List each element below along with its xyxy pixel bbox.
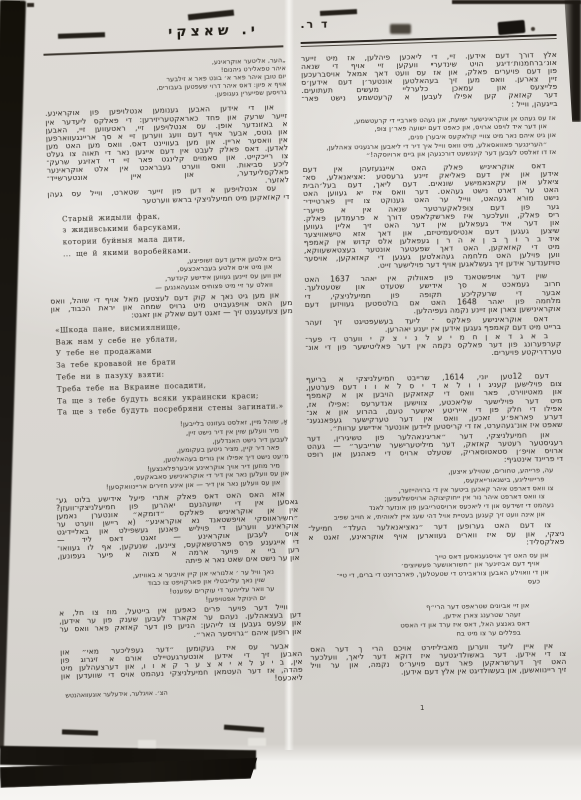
footnote-mark: 1 bbox=[420, 704, 424, 712]
paragraph: אלץ דורך דעם אידען. זיי, די ליאכען פיהלע… bbox=[301, 51, 558, 112]
scanned-document-page: י. שאצקי „הער, אליטער אוקראינע,איהר טפאל… bbox=[0, 0, 581, 800]
paragraph: און מען גיט נאך א קוק דעם לעצטען מאל אוי… bbox=[50, 291, 293, 322]
left-page: י. שאצקי „הער, אליטער אוקראינע,איהר טפאל… bbox=[2, 0, 290, 760]
paragraph: אין איין ליעד ווערען מאביליזירט אויכם הר… bbox=[310, 642, 566, 678]
cyrillic-quote: Старый жидыли фрак,з жидивськими барсука… bbox=[62, 207, 291, 261]
paragraph: אזא האס האט דאס פאלק אתרי פיעל אידישע בל… bbox=[56, 490, 300, 570]
paragraph: דאס אוקראיניש פאלק האט אייגגעזעהן אין דע… bbox=[303, 162, 561, 271]
paragraph: צו דעם האט גערופען דער ״נאציאנאלער העלד״… bbox=[308, 521, 564, 549]
paragraph: און די אידען האבען גענומען אנטלויפען פון… bbox=[45, 104, 289, 192]
small-verse: עה, פרייהע, טחורים, שטוילע איצען,פרייווי… bbox=[307, 466, 554, 522]
right-page-text: ד ר. אלץ דורך דעם אידען. זיי, די ליאכען … bbox=[292, 0, 575, 679]
small-verse: און זיי אביונים שטראפט דער הרי״ףזעהר שטר… bbox=[309, 602, 530, 640]
left-page-text: י. שאצקי „הער, אליטער אוקראינע,איהר טפאל… bbox=[2, 0, 309, 701]
cyrillic-quote: «Шкода пане, висмиялнище,Важ нам у себе … bbox=[55, 318, 296, 419]
right-page: ד ר. אלץ דורך דעם אידען. זיי, די ליאכען … bbox=[292, 0, 564, 756]
epigraph: „הער, אליטער אוקראינע,איהר טפאלירט גיהנו… bbox=[44, 56, 287, 103]
bottom-band-notch bbox=[138, 740, 156, 748]
running-header: ד ר. bbox=[300, 14, 556, 32]
yiddish-verse: ביים אלטען אידען דעם זשופיצע,און מיט אים… bbox=[49, 254, 282, 295]
paragraph: דעם 12טען יוני, 1614, שרייבט חמיעלניצקי … bbox=[306, 372, 563, 433]
bottom-band-notch bbox=[248, 738, 266, 746]
paragraph: און חמיעלניצקי, דער ״אריגינאהלער פון טשי… bbox=[307, 431, 563, 467]
header-rule bbox=[301, 34, 557, 47]
small-verse: און עס האט זיך אויסגעגאסען דאס טייךאויף … bbox=[309, 551, 550, 590]
yiddish-verse: אָ, שוהל מיין, זאלסט געזונט בלייבען!מיר … bbox=[54, 417, 290, 493]
title-rule bbox=[43, 45, 283, 55]
small-quote: אז עס געהט אן אוקראינישער ישועת, און געה… bbox=[302, 114, 557, 161]
paragraph: אבער עס איז געקומען ״דער געפליכער מאי״ א… bbox=[60, 642, 303, 689]
paragraph: ווייל דער פויער פרים כאפען אין בייטעל, מ… bbox=[59, 603, 302, 642]
small-verse: נאך וויל ער ׳ אלנוראי און קיין אויבער א … bbox=[58, 567, 275, 608]
paragraph: ב א ג ד א ן ח מ י ע ל נ י צ ק י ווערט די… bbox=[305, 332, 561, 360]
paragraph: שוין דער אויפשטאנד פון פאוולוק אין יאהר … bbox=[304, 272, 561, 316]
